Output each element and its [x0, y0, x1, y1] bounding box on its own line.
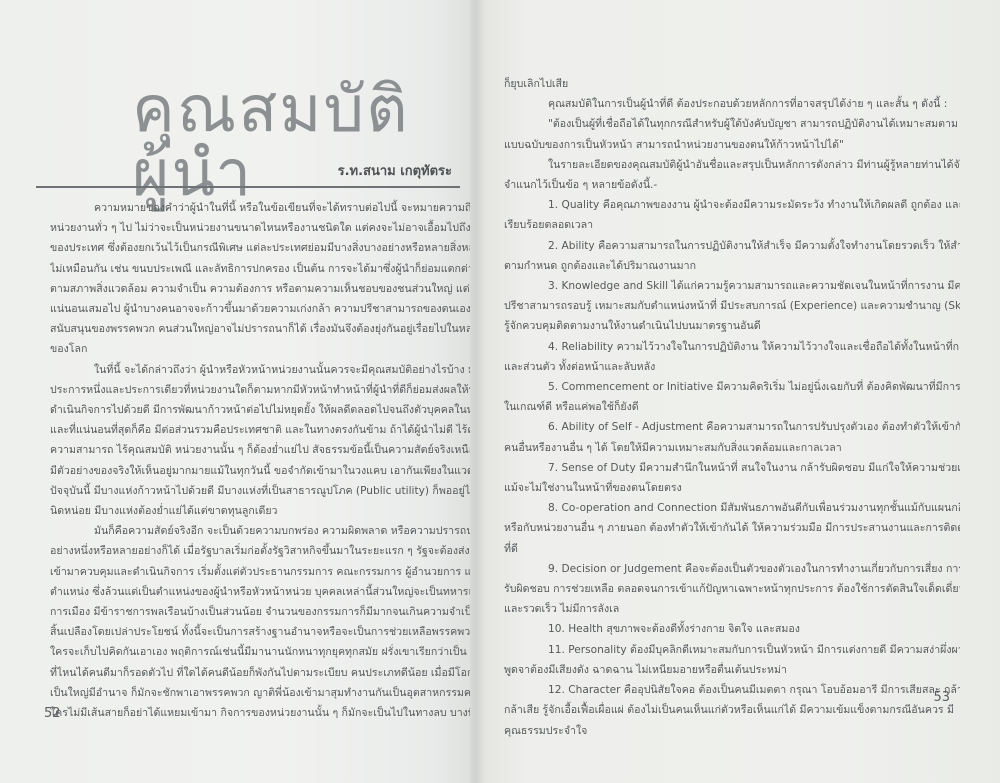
left-page: คุณสมบัติผู้นำ ร.ท.สนาม เกตุทัตระ ความหม… — [0, 0, 470, 783]
text-line: ที่ดี — [504, 539, 960, 559]
text-line: ของประเทศ ซึ่งต้องยกเว้นไว้เป็นกรณีพิเศษ… — [50, 238, 470, 258]
text-line: ในรายละเอียดของคุณสมบัติผู้นำอันชื่อและส… — [504, 155, 960, 175]
page-number-left: 52 — [44, 706, 61, 721]
text-line: 12. Character คืออุปนิสัยใจคอ ต้องเป็นคน… — [504, 680, 960, 700]
title-divider — [36, 186, 460, 188]
text-line: 7. Sense of Duty มีความสำนึกในหน้าที่ สน… — [504, 458, 960, 478]
text-line: 2. Ability คือความสามารถในการปฏิบัติงานใ… — [504, 236, 960, 256]
text-line: จำแนกไว้เป็นข้อ ๆ หลายข้อดังนี้.- — [504, 175, 960, 195]
text-line: ในที่นี้ จะได้กล่าวถึงว่า ผู้นำหรือหัวหน… — [50, 360, 470, 380]
text-line: ปัจจุบันนี้ มีบางแห่งก้าวหน้าไปด้วยดี มี… — [50, 481, 470, 501]
text-line: หน่วยงานทั่ว ๆ ไป ไม่ว่าจะเป็นหน่วยงานขน… — [50, 218, 470, 238]
page-number-right: 53 — [933, 690, 950, 705]
text-line: แบบฉบับของการเป็นหัวหน้า สามารถนำหน่วยงา… — [504, 135, 960, 155]
text-line: 6. Ability of Self - Adjustment คือความส… — [504, 417, 960, 437]
text-line: กล้าเสีย รู้จักเอื้อเฟื้อเผื่อแผ่ ต้องไม… — [504, 700, 960, 720]
text-line: นิดหน่อย มีบางแห่งต้องย่ำแย่ได้แต่ขาดทุน… — [50, 501, 470, 521]
text-line: เป็นใหญ่มีอำนาจ ก็มักจะชักพาเอาพรรคพวก ญ… — [50, 683, 470, 703]
text-line: สิ้นเปลืองโดยเปล่าประโยชน์ ทั้งนี้จะเป็น… — [50, 622, 470, 642]
text-line: 4. Reliability ความไว้วางใจในการปฏิบัติง… — [504, 337, 960, 357]
text-line: ของโลก — [50, 339, 470, 359]
right-page: ก็ยุบเลิกไปเสียคุณสมบัติในการเป็นผู้นำที… — [484, 0, 1000, 783]
text-line: 5. Commencement or Initiative มีความคิดร… — [504, 377, 960, 397]
text-line: เข้ามาควบคุมและดำเนินกิจการ เริ่มตั้งแต่… — [50, 562, 470, 582]
text-line: ตำแหน่ง ซึ่งล้วนแต่เป็นตำแหน่งของผู้นำหร… — [50, 582, 470, 602]
text-line: มีตัวอย่างของจริงให้เห็นอยู่มากมายแม้ในท… — [50, 461, 470, 481]
text-line: ก็ยุบเลิกไปเสีย — [504, 74, 960, 94]
text-line: 1. Quality คือคุณภาพของงาน ผู้นำจะต้องมี… — [504, 195, 960, 215]
right-body-text: ก็ยุบเลิกไปเสียคุณสมบัติในการเป็นผู้นำที… — [504, 74, 960, 741]
text-line: มันก็คือความสัตย์จริงอีก จะเป็นด้วยความบ… — [50, 521, 470, 541]
text-line: พูดจาต้องมีเสียงดัง ฉาดฉาน ไม่เหนียมอายห… — [504, 660, 960, 680]
book-gutter — [470, 0, 484, 783]
text-line: ไม่เหมือนกัน เช่น ขนบประเพณี และลัทธิการ… — [50, 259, 470, 279]
author-byline: ร.ท.สนาม เกตุทัตระ — [338, 160, 452, 181]
text-line: และที่แน่นอนที่สุดก็คือ มีต่อส่วนรวมคือป… — [50, 420, 470, 440]
text-line: ปรีชาสามารถรอบรู้ เหมาะสมกับตำแหน่งหน้าท… — [504, 296, 960, 316]
text-line: อย่างหนึ่งหรือหลายอย่างก็ได้ เมื่อรัฐบาล… — [50, 541, 470, 561]
text-line: คุณสมบัติในการเป็นผู้นำที่ดี ต้องประกอบด… — [504, 94, 960, 114]
text-line: ใครจะเก็บไปคิดกันเอาเอง พฤติการณ์เช่นนี้… — [50, 642, 470, 662]
text-line: และส่วนตัว ทั้งต่อหน้าและลับหลัง — [504, 357, 960, 377]
text-line: และรวดเร็ว ไม่มีการลังเล — [504, 599, 960, 619]
text-line: ดำเนินกิจการไปด้วยดี มีการพัฒนาก้าวหน้าต… — [50, 400, 470, 420]
text-line: ที่ไหนได้คนดีมาก็รอดตัวไป ที่ใดได้คนดีน้… — [50, 663, 470, 683]
text-line: รู้จักควบคุมติดตามงานให้งานดำเนินไปบนมาต… — [504, 316, 960, 336]
text-line: ความสามารถ ไร้คุณสมบัติ หน่วยงานนั้น ๆ ก… — [50, 440, 470, 460]
text-line: รับผิดชอบ การช่วยเหลือ ตลอดจนการเข้าแก้ป… — [504, 579, 960, 599]
text-line: ความหมายของคำว่าผู้นำในที่นี้ หรือในข้อเ… — [50, 198, 470, 218]
text-line: "ต้องเป็นผู้ที่เชื่อถือได้ในทุกกรณีสำหรั… — [504, 114, 960, 134]
text-line: 10. Health สุขภาพจะต้องดีทั้งร่างกาย จิต… — [504, 619, 960, 639]
text-line: 11. Personality ต้องมีบุคลิกดีเหมาะสมกับ… — [504, 640, 960, 660]
text-line: หรือกับหน่วยงานอื่น ๆ ภายนอก ต้องทำตัวให… — [504, 518, 960, 538]
text-line: แม้จะไม่ใช่งานในหน้าที่ของตนโดยตรง — [504, 478, 960, 498]
text-line: ตามสภาพสิ่งแวดล้อม ความจำเป็น ความต้องกา… — [50, 279, 470, 299]
text-line: คุณธรรมประจำใจ — [504, 721, 960, 741]
text-line: ใครไม่มีเส้นสายก็อย่าได้แหยมเข้ามา กิจกา… — [50, 703, 470, 723]
text-line: ในเกณฑ์ดี หรือแค่พอใช้ก็ยังดี — [504, 397, 960, 417]
text-line: ตามกำหนด ถูกต้องและได้ปริมาณงานมาก — [504, 256, 960, 276]
text-line: สนับสนุนของพรรคพวก คนส่วนใหญ่อาจไม่ปรารถ… — [50, 319, 470, 339]
text-line: คนอื่นหรืองานอื่น ๆ ได้ โดยให้มีความเหมา… — [504, 438, 960, 458]
text-line: 3. Knowledge and Skill ได้แก่ความรู้ความ… — [504, 276, 960, 296]
text-line: 8. Co-operation and Connection มีสัมพันธ… — [504, 498, 960, 518]
book-spread: คุณสมบัติผู้นำ ร.ท.สนาม เกตุทัตระ ความหม… — [0, 0, 1000, 783]
text-line: เรียบร้อยตลอดเวลา — [504, 215, 960, 235]
text-line: 9. Decision or Judgement คือจะต้องเป็นตั… — [504, 559, 960, 579]
text-line: ประการหนึ่งและประการเดียวที่หน่วยงานใดก็… — [50, 380, 470, 400]
text-line: การเมือง มีข้าราชการพลเรือนบ้างเป็นส่วนน… — [50, 602, 470, 622]
left-body-text: ความหมายของคำว่าผู้นำในที่นี้ หรือในข้อเ… — [50, 198, 470, 723]
text-line: แน่นอนเสมอไป ผู้นำบางคนอาจจะก้าวขึ้นมาด้… — [50, 299, 470, 319]
